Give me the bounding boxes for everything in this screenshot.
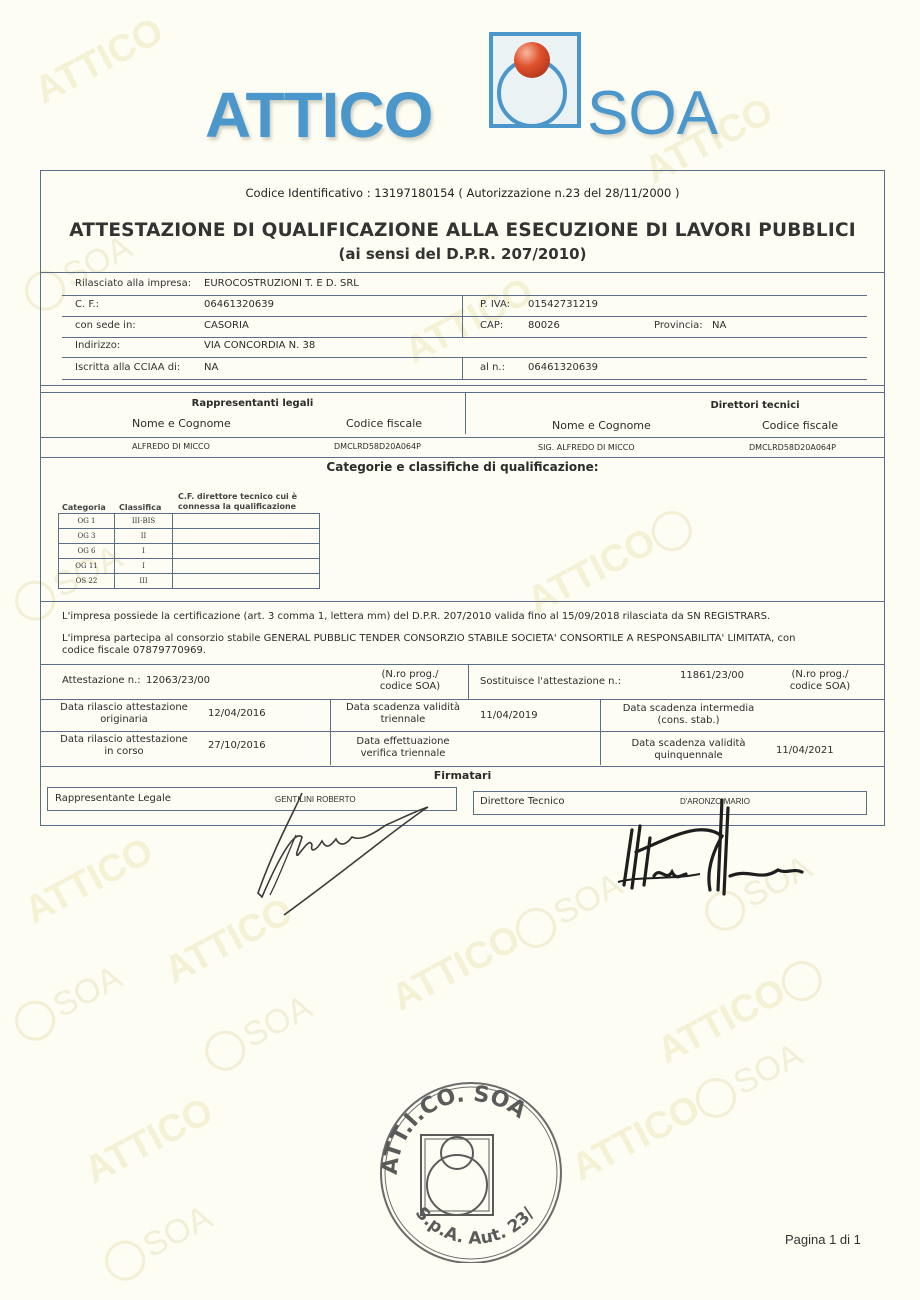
cciaa-label: Iscritta alla CCIAA di: (75, 362, 180, 373)
piva-value: 01542731219 (528, 299, 598, 310)
cap-value: 80026 (528, 320, 560, 331)
attestazione-numero-label: Attestazione n.: (62, 675, 141, 686)
rappresentante-cf: DMCLRD58D20A064P (334, 442, 421, 451)
table-row: OG 11I (59, 559, 320, 574)
direttori-title: Direttori tecnici (465, 400, 885, 411)
col-cf-line2: connessa la qualificazione (178, 502, 296, 511)
al-n-label: al n.: (480, 362, 505, 373)
indirizzo-label: Indirizzo: (75, 340, 120, 351)
provincia-label: Provincia: (654, 320, 703, 331)
direttore-tecnico-label: Direttore Tecnico (480, 796, 565, 807)
rappresentanti-title: Rappresentanti legali (40, 398, 465, 409)
provincia-value: NA (712, 320, 726, 331)
classifica-cell: II (115, 529, 173, 544)
cf-cell (173, 529, 320, 544)
rappresentante-nome: ALFREDO DI MICCO (132, 442, 210, 451)
categories-table: OG 1III-BIS OG 3II OG 6I OG 11I OS 22III (58, 513, 320, 589)
cf-cell (173, 514, 320, 529)
rilasciato-label: Rilasciato alla impresa: (75, 278, 191, 289)
sost-nro-prog-line1: (N.ro prog./ (780, 669, 860, 680)
col-categoria: Categoria (62, 503, 106, 512)
scad-interm-line1: Data scadenza intermedia (606, 703, 771, 714)
scad-quinq-value: 11/04/2021 (776, 745, 834, 756)
table-row: OG 6I (59, 544, 320, 559)
signature-direttore (610, 790, 810, 905)
rilascio-corso-line2: in corso (44, 746, 204, 757)
col-classifica: Classifica (119, 503, 161, 512)
consorzio-note-line2: codice fiscale 07879770969. (62, 645, 206, 656)
categoria-cell: OG 6 (59, 544, 115, 559)
categoria-cell: OS 22 (59, 574, 115, 589)
codice-identificativo: Codice Identificativo : 13197180154 ( Au… (40, 186, 885, 200)
watermark: ATTICO (28, 10, 171, 113)
classifica-cell: III-BIS (115, 514, 173, 529)
logo-text-soa: SOA (587, 78, 718, 149)
sost-nro-prog-line2: codice SOA) (780, 681, 860, 692)
classifica-cell: I (115, 559, 173, 574)
direttori-col-cf: Codice fiscale (762, 419, 838, 432)
cf-value: 06461320639 (204, 299, 274, 310)
official-stamp: ATT.I.CO. SOA S.p.A. Aut. 23/00 (375, 1063, 565, 1263)
cciaa-value: NA (204, 362, 218, 373)
table-row: OS 22III (59, 574, 320, 589)
rilascio-corso-value: 27/10/2016 (208, 740, 266, 751)
certificazione-note: L'impresa possiede la certificazione (ar… (62, 611, 770, 622)
firmatari-title: Firmatari (40, 769, 885, 782)
attestazione-numero-value: 12063/23/00 (146, 675, 210, 686)
certificate-title: ATTESTAZIONE DI QUALIFICAZIONE ALLA ESEC… (40, 220, 885, 241)
watermark: SOA (97, 1195, 219, 1287)
certificate-subtitle: (ai sensi del D.P.R. 207/2010) (40, 245, 885, 263)
classifica-cell: I (115, 544, 173, 559)
direttore-cf: DMCLRD58D20A064P (749, 443, 836, 452)
signature-rappresentante (240, 775, 440, 920)
watermark: SOA (7, 955, 129, 1047)
categoria-cell: OG 3 (59, 529, 115, 544)
cf-cell (173, 559, 320, 574)
col-cf-line1: C.F. direttore tecnico cui è (178, 492, 297, 501)
certificate-frame (40, 170, 885, 826)
watermark: ATTICO (18, 830, 161, 933)
cf-label: C. F.: (75, 299, 99, 310)
verifica-line1: Data effettuazione (338, 736, 468, 747)
scad-trienn-value: 11/04/2019 (480, 710, 538, 721)
sede-value: CASORIA (204, 320, 249, 331)
cap-label: CAP: (480, 320, 503, 331)
rappresentanti-col-cf: Codice fiscale (346, 417, 422, 430)
rilascio-orig-line2: originaria (44, 714, 204, 725)
logo-red-sphere-icon (514, 42, 550, 78)
nro-prog-line1: (N.ro prog./ (370, 669, 450, 680)
piva-label: P. IVA: (480, 299, 510, 310)
direttori-col-nome: Nome e Cognome (552, 419, 651, 432)
watermark: ATTICO (651, 950, 832, 1074)
sede-label: con sede in: (75, 320, 136, 331)
sostituisce-label: Sostituisce l'attestazione n.: (480, 676, 621, 687)
categoria-cell: OG 11 (59, 559, 115, 574)
scad-trienn-line2: triennale (338, 714, 468, 725)
logo-text-attico: ATTICO (205, 78, 432, 152)
page-number: Pagina 1 di 1 (785, 1232, 861, 1247)
cf-cell (173, 574, 320, 589)
rilascio-corso-line1: Data rilascio attestazione (44, 734, 204, 745)
scad-interm-line2: (cons. stab.) (606, 715, 771, 726)
table-row: OG 3II (59, 529, 320, 544)
rilascio-orig-value: 12/04/2016 (208, 708, 266, 719)
sostituisce-value: 11861/23/00 (680, 670, 744, 681)
scad-trienn-line1: Data scadenza validità (338, 702, 468, 713)
watermark: ATTICO (78, 1090, 221, 1193)
scad-quinq-line2: quinquennale (606, 750, 771, 761)
rilasciato-value: EUROCOSTRUZIONI T. E D. SRL (204, 278, 359, 289)
verifica-line2: verifica triennale (338, 748, 468, 759)
cf-cell (173, 544, 320, 559)
consorzio-note-line1: L'impresa partecipa al consorzio stabile… (62, 633, 795, 644)
svg-text:ATT.I.CO. SOA: ATT.I.CO. SOA (378, 1082, 531, 1176)
direttore-nome: SIG. ALFREDO DI MICCO (538, 443, 635, 452)
classifica-cell: III (115, 574, 173, 589)
categorie-title: Categorie e classifiche di qualificazion… (40, 460, 885, 474)
rappresentanti-col-nome: Nome e Cognome (132, 417, 231, 430)
watermark: SOA (197, 985, 319, 1077)
watermark: ATTICOSOA (565, 1033, 810, 1190)
rilascio-orig-line1: Data rilascio attestazione (44, 702, 204, 713)
al-n-value: 06461320639 (528, 362, 598, 373)
nro-prog-line2: codice SOA) (370, 681, 450, 692)
attico-soa-logo: ATTICO SOA (205, 28, 705, 138)
indirizzo-value: VIA CONCORDIA N. 38 (204, 340, 315, 351)
categoria-cell: OG 1 (59, 514, 115, 529)
rappresentante-legale-label: Rappresentante Legale (55, 793, 171, 804)
scad-quinq-line1: Data scadenza validità (606, 738, 771, 749)
table-row: OG 1III-BIS (59, 514, 320, 529)
